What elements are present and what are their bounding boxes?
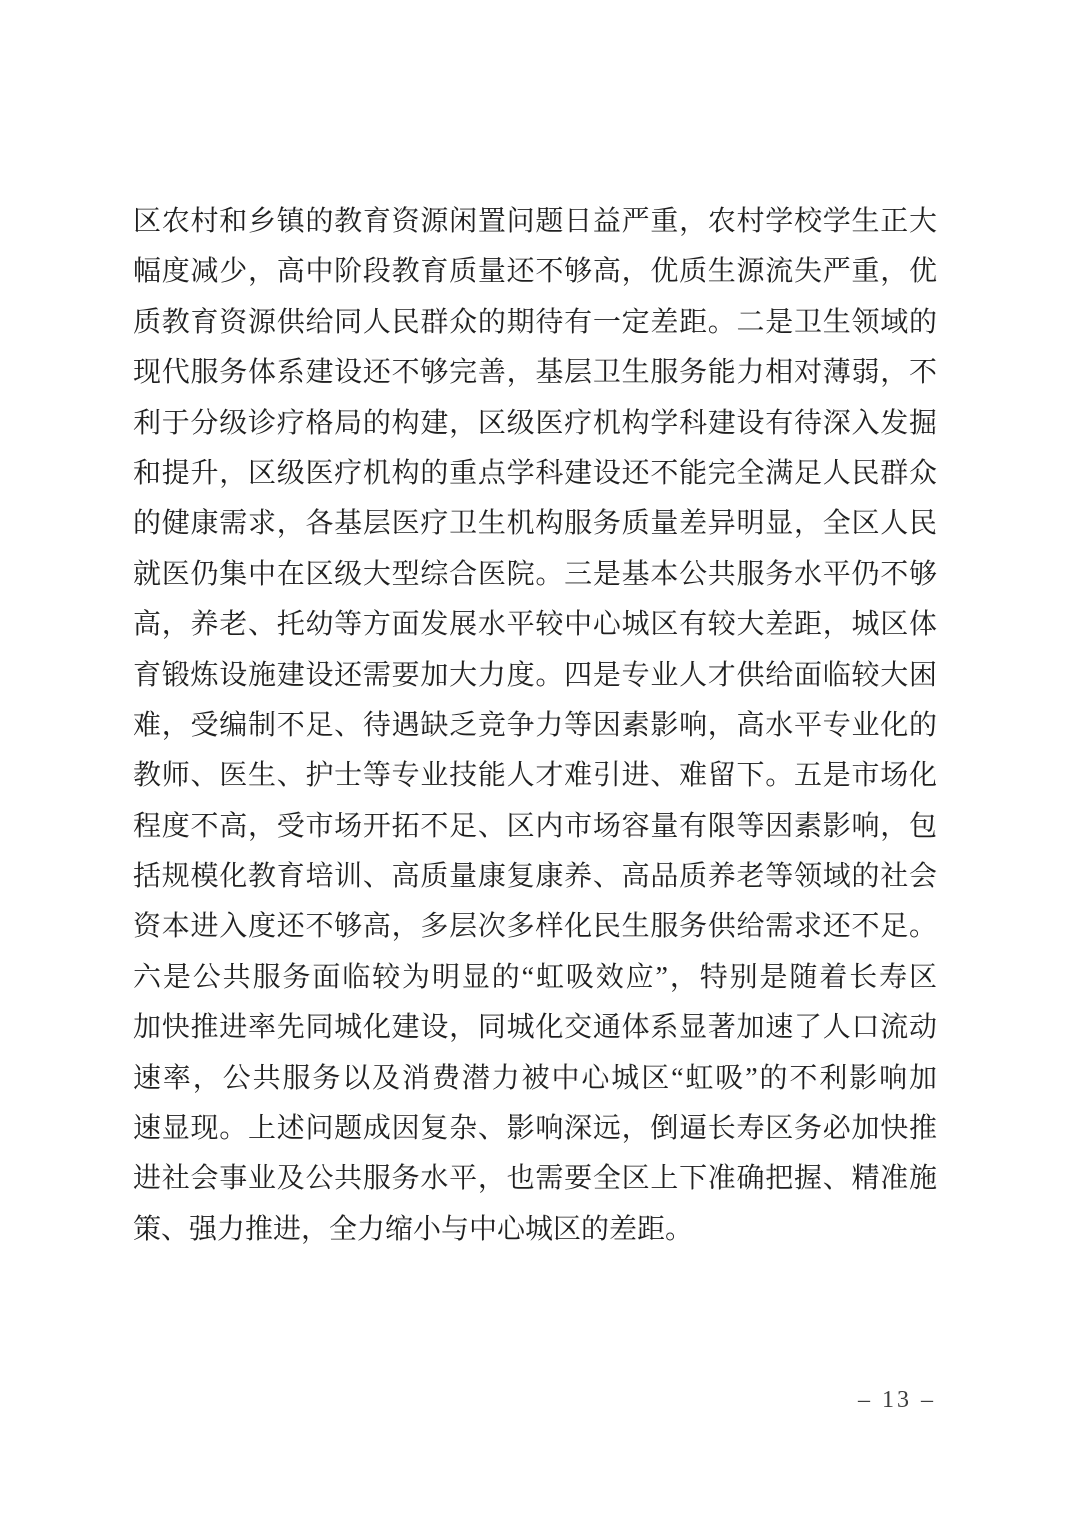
text-line: 和提升，区级医疗机构的重点学科建设还不能完全满足人民群众 [133,449,937,499]
text-line: 括规模化教育培训、高质量康复康养、高品质养老等领域的社会 [133,852,937,902]
text-line: 速率，公共服务以及消费潜力被中心城区“虹吸”的不利影响加 [133,1054,937,1104]
text-line: 区农村和乡镇的教育资源闲置问题日益严重，农村学校学生正大 [133,197,937,247]
text-line: 进社会事业及公共服务水平，也需要全区上下准确把握、精准施 [133,1154,937,1204]
text-line: 利于分级诊疗格局的构建，区级医疗机构学科建设有待深入发掘 [133,399,937,449]
text-line: 加快推进率先同城化建设，同城化交通体系显著加速了人口流动 [133,1003,937,1053]
text-line: 策、强力推进，全力缩小与中心城区的差距。 [133,1205,937,1255]
document-page: 区农村和乡镇的教育资源闲置问题日益严重，农村学校学生正大 幅度减少，高中阶段教育… [0,0,1074,1520]
text-line: 高，养老、托幼等方面发展水平较中心城区有较大差距，城区体 [133,600,937,650]
text-line: 现代服务体系建设还不够完善，基层卫生服务能力相对薄弱，不 [133,348,937,398]
text-line: 六是公共服务面临较为明显的“虹吸效应”，特别是随着长寿区 [133,953,937,1003]
text-line: 教师、医生、护士等专业技能人才难引进、难留下。五是市场化 [133,751,937,801]
text-line: 质教育资源供给同人民群众的期待有一定差距。二是卫生领域的 [133,298,937,348]
text-line: 就医仍集中在区级大型综合医院。三是基本公共服务水平仍不够 [133,550,937,600]
text-line: 资本进入度还不够高，多层次多样化民生服务供给需求还不足。 [133,902,937,952]
page-number: – 13 – [852,1382,942,1418]
text-line: 幅度减少，高中阶段教育质量还不够高，优质生源流失严重，优 [133,247,937,297]
text-line: 速显现。上述问题成因复杂、影响深远，倒逼长寿区务必加快推 [133,1104,937,1154]
text-line: 育锻炼设施建设还需要加大力度。四是专业人才供给面临较大困 [133,651,937,701]
text-line: 程度不高，受市场开拓不足、区内市场容量有限等因素影响，包 [133,802,937,852]
paragraph-block: 区农村和乡镇的教育资源闲置问题日益严重，农村学校学生正大 幅度减少，高中阶段教育… [133,197,937,1255]
text-line: 难，受编制不足、待遇缺乏竞争力等因素影响，高水平专业化的 [133,701,937,751]
text-line: 的健康需求，各基层医疗卫生机构服务质量差异明显，全区人民 [133,499,937,549]
